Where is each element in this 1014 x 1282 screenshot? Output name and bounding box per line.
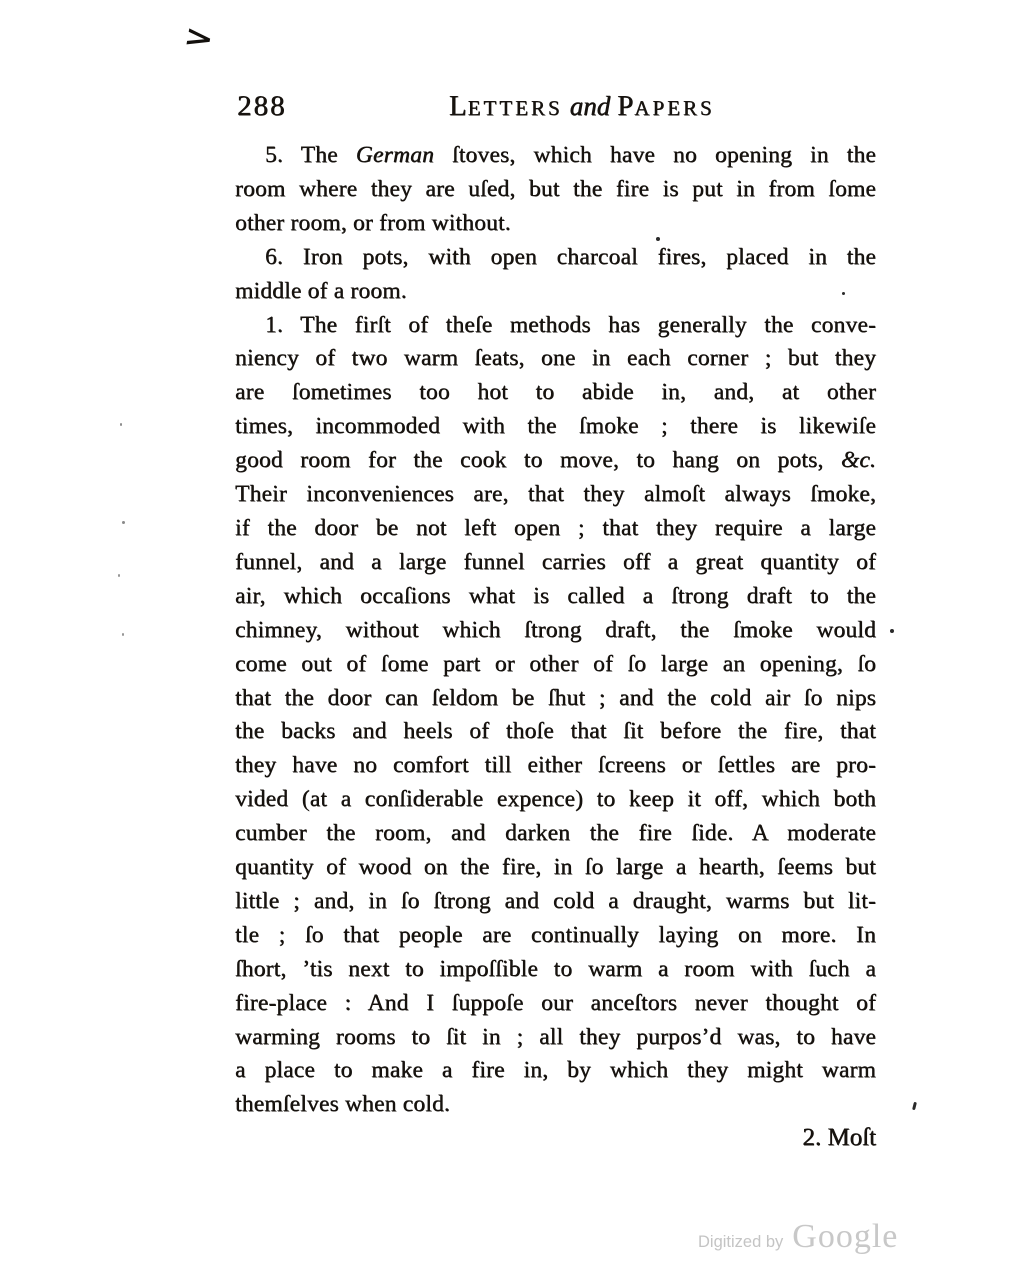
catchword: 2. Moſt <box>235 1121 876 1155</box>
text-line: niency of two warm ſeats, one in each co… <box>235 342 876 376</box>
text-line: vided (at a conſiderable expence) to kee… <box>235 783 876 817</box>
text-line: good room for the cook to move, to hang … <box>235 444 876 478</box>
pen-mark: > <box>181 19 216 57</box>
title-conjunction: and <box>570 91 611 121</box>
text-line: room where they are uſed, but the fire i… <box>235 173 876 207</box>
text-line: cumber the room, and darken the fire ſid… <box>235 817 876 851</box>
text-line: middle of a room. <box>235 275 876 309</box>
text-line: themſelves when cold. <box>235 1088 876 1122</box>
scan-speck <box>118 574 120 577</box>
text-line: little ; and, in ſo ſtrong and cold a dr… <box>235 885 876 919</box>
text-line: are ſometimes too hot to abide in, and, … <box>235 376 876 410</box>
google-watermark: Digitized by Google <box>698 1218 898 1256</box>
page-header: 288 LETTERSandPAPERS <box>237 90 877 123</box>
text-block: 5. The German ſtoves, which have no open… <box>235 139 876 1122</box>
text-line: warming rooms to ſit in ; all they purpo… <box>235 1021 876 1055</box>
text-line: Their inconveniences are, that they almo… <box>235 478 876 512</box>
scan-speck <box>122 521 125 524</box>
google-logo: Google <box>792 1218 898 1256</box>
scan-speck <box>122 633 124 636</box>
page-number: 288 <box>237 90 287 123</box>
scan-speck <box>656 237 660 241</box>
title-word: APERS <box>634 96 714 120</box>
running-title: LETTERSandPAPERS <box>287 90 878 123</box>
text-line: tle ; ſo that people are continually lay… <box>235 919 876 953</box>
text-line: a place to make a fire in, by which they… <box>235 1054 876 1088</box>
text-line: funnel, and a large funnel carries off a… <box>235 546 876 580</box>
title-initial: P <box>617 90 634 122</box>
text-line: ſhort, ’tis next to impoſſible to warm a… <box>235 953 876 987</box>
scan-speck <box>120 423 122 426</box>
scan-speck <box>842 292 845 295</box>
scan-speck <box>890 629 894 633</box>
text-line: if the door be not left open ; that they… <box>235 512 876 546</box>
text-line: the backs and heels of thoſe that ſit be… <box>235 715 876 749</box>
text-line: 6. Iron pots, with open charcoal fires, … <box>235 241 876 275</box>
text-line: 1. The firſt of theſe methods has genera… <box>235 309 876 343</box>
text-line: that the door can ſeldom be ſhut ; and t… <box>235 682 876 716</box>
text-line: 5. The German ſtoves, which have no open… <box>235 139 876 173</box>
text-line: times, incommoded with the ſmoke ; there… <box>235 410 876 444</box>
text-line: chimney, without which ſtrong draft, the… <box>235 614 876 648</box>
watermark-text: Digitized by <box>698 1233 783 1252</box>
book-page-scan: > 288 LETTERSandPAPERS 5. The German ſto… <box>0 0 1014 1282</box>
title-word: ETTERS <box>468 96 563 120</box>
text-line: they have no comfort till either ſcreens… <box>235 749 876 783</box>
text-line: air, which occaſions what is called a ſt… <box>235 580 876 614</box>
text-line: other room, or from without. <box>235 207 876 241</box>
text-line: quantity of wood on the fire, in ſo larg… <box>235 851 876 885</box>
title-initial: L <box>449 90 468 122</box>
text-line: fire-place : And I ſuppoſe our anceſtors… <box>235 987 876 1021</box>
scan-speck <box>912 1102 917 1110</box>
text-line: come out of ſome part or other of ſo lar… <box>235 648 876 682</box>
